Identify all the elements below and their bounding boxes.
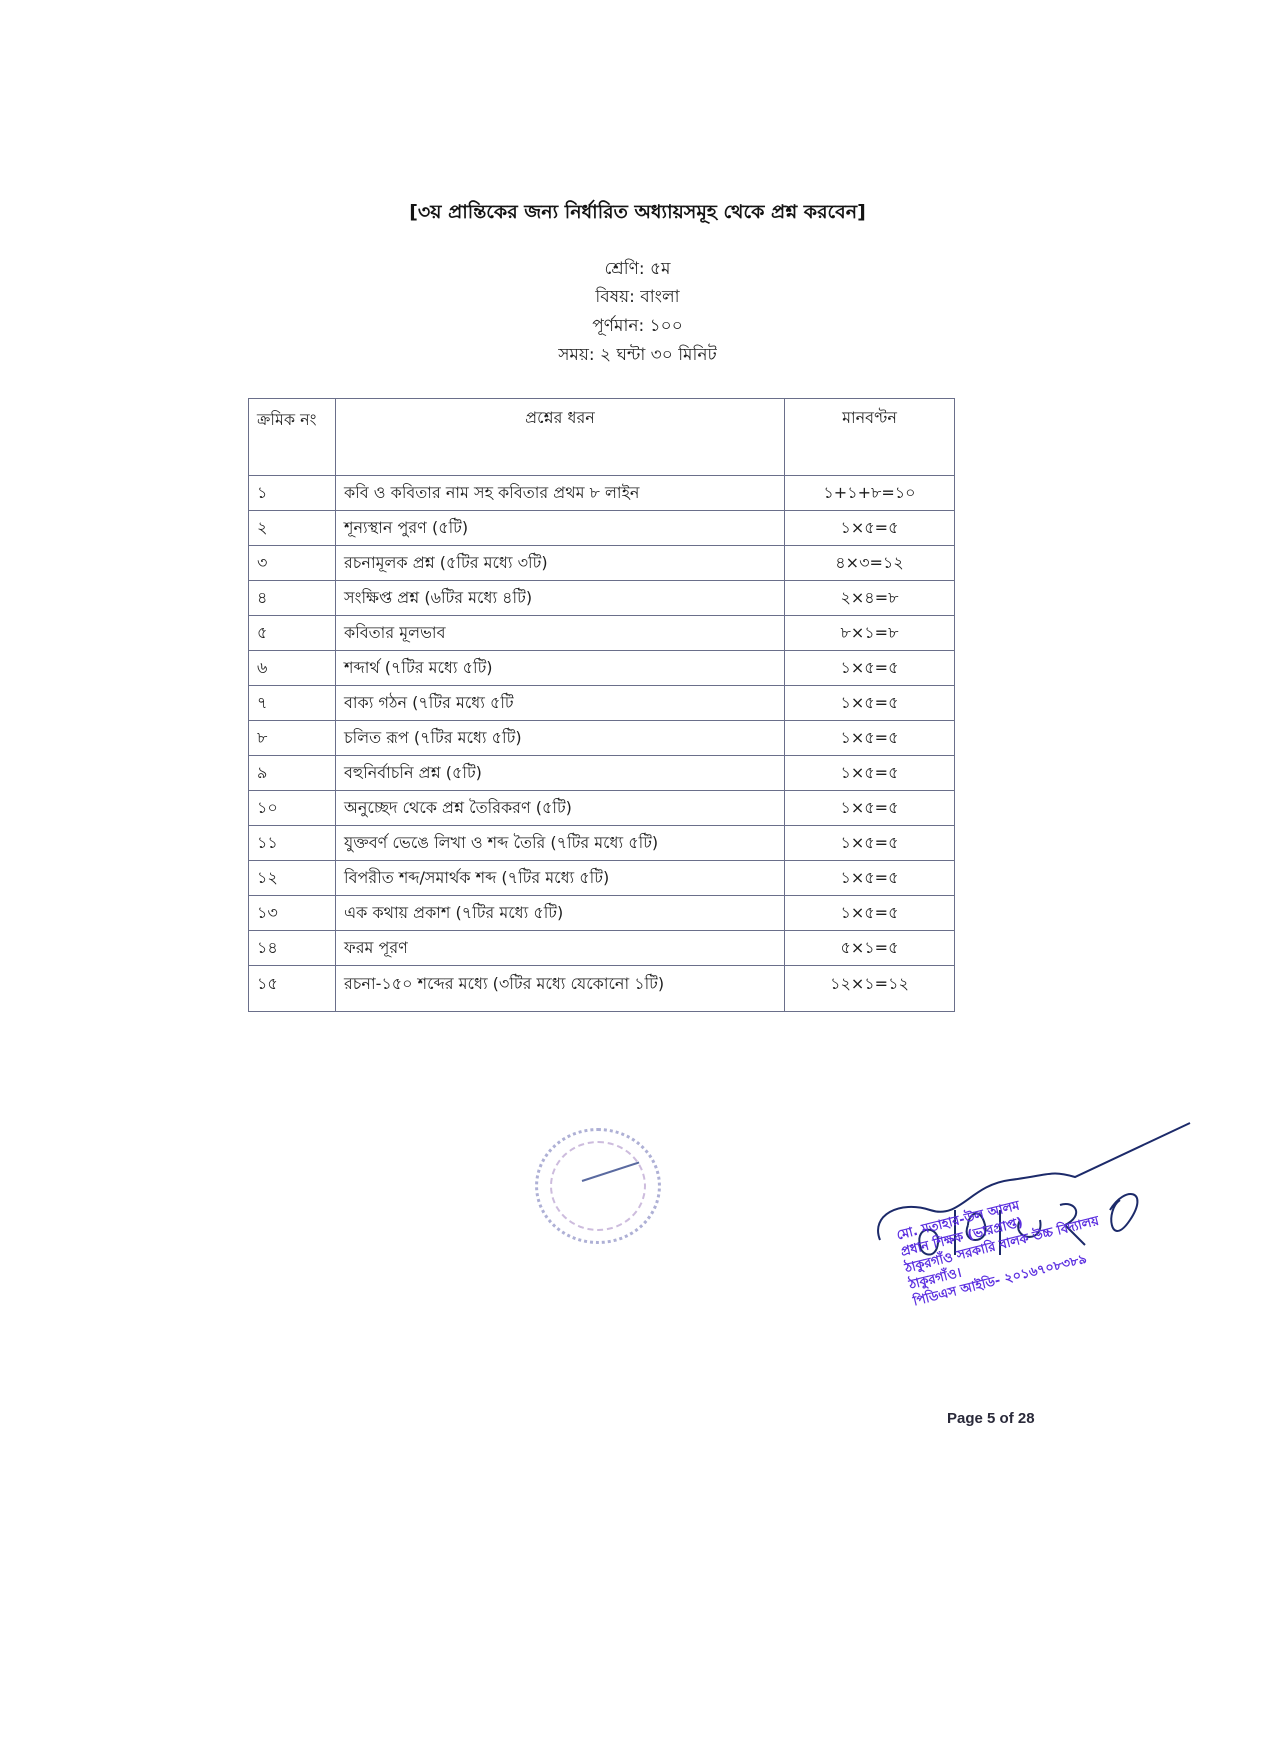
time-line: সময়: ২ ঘন্টা ৩০ মিনিট	[0, 342, 1275, 370]
marks-cell: ১×৫=৫	[785, 896, 955, 931]
table-row: ১৪ফরম পূরণ৫×১=৫	[249, 931, 955, 966]
question-type-cell: শব্দার্থ (৭টির মধ্যে ৫টি)	[336, 651, 785, 686]
table-body: ১কবি ও কবিতার নাম সহ কবিতার প্রথম ৮ লাইন…	[249, 476, 955, 1012]
serial-cell: ১১	[249, 826, 336, 861]
header-marks: মানবণ্টন	[785, 399, 955, 476]
serial-cell: ১২	[249, 861, 336, 896]
table-row: ১৩এক কথায় প্রকাশ (৭টির মধ্যে ৫টি)১×৫=৫	[249, 896, 955, 931]
marks-cell: ১+১+৮=১০	[785, 476, 955, 511]
question-type-cell: বহুনির্বাচনি প্রশ্ন (৫টি)	[336, 756, 785, 791]
table-row: ১৫রচনা-১৫০ শব্দের মধ্যে (৩টির মধ্যে যেকো…	[249, 966, 955, 1012]
school-seal	[535, 1128, 661, 1244]
question-type-cell: কবিতার মূলভাব	[336, 616, 785, 651]
table-row: ১১যুক্তবর্ণ ভেঙে লিখা ও শব্দ তৈরি (৭টির …	[249, 826, 955, 861]
question-type-cell: এক কথায় প্রকাশ (৭টির মধ্যে ৫টি)	[336, 896, 785, 931]
question-type-cell: শূন্যস্থান পুরণ (৫টি)	[336, 511, 785, 546]
question-type-cell: ফরম পূরণ	[336, 931, 785, 966]
table-header-row: ক্রমিক নং প্রশ্নের ধরন মানবণ্টন	[249, 399, 955, 476]
serial-cell: ৬	[249, 651, 336, 686]
serial-cell: ১৪	[249, 931, 336, 966]
serial-cell: ৯	[249, 756, 336, 791]
question-type-cell: যুক্তবর্ণ ভেঙে লিখা ও শব্দ তৈরি (৭টির মধ…	[336, 826, 785, 861]
document-heading: [৩য় প্রান্তিকের জন্য নির্ধারিত অধ্যায়স…	[0, 198, 1275, 230]
serial-cell: ৪	[249, 581, 336, 616]
question-type-cell: অনুচ্ছেদ থেকে প্রশ্ন তৈরিকরণ (৫টি)	[336, 791, 785, 826]
question-type-cell: রচনা-১৫০ শব্দের মধ্যে (৩টির মধ্যে যেকোনো…	[336, 966, 785, 1012]
marks-cell: ১×৫=৫	[785, 651, 955, 686]
table-row: ৩রচনামূলক প্রশ্ন (৫টির মধ্যে ৩টি)৪×৩=১২	[249, 546, 955, 581]
marks-cell: ১×৫=৫	[785, 791, 955, 826]
serial-cell: ১৩	[249, 896, 336, 931]
class-line: শ্রেণি: ৫ম	[0, 256, 1275, 284]
table-row: ৪সংক্ষিপ্ত প্রশ্ন (৬টির মধ্যে ৪টি)২×৪=৮	[249, 581, 955, 616]
marks-cell: ৮×১=৮	[785, 616, 955, 651]
marks-distribution-table: ক্রমিক নং প্রশ্নের ধরন মানবণ্টন ১কবি ও ক…	[248, 398, 955, 1012]
table-row: ১২বিপরীত শব্দ/সমার্থক শব্দ (৭টির মধ্যে ৫…	[249, 861, 955, 896]
marks-cell: ১×৫=৫	[785, 686, 955, 721]
table-row: ১কবি ও কবিতার নাম সহ কবিতার প্রথম ৮ লাইন…	[249, 476, 955, 511]
marks-cell: ১×৫=৫	[785, 756, 955, 791]
marks-cell: ৪×৩=১২	[785, 546, 955, 581]
table-row: ৫কবিতার মূলভাব৮×১=৮	[249, 616, 955, 651]
marks-cell: ১২×১=১২	[785, 966, 955, 1012]
serial-cell: ১	[249, 476, 336, 511]
header-serial: ক্রমিক নং	[249, 399, 336, 476]
marks-cell: ১×৫=৫	[785, 511, 955, 546]
serial-cell: ১৫	[249, 966, 336, 1012]
marks-cell: ২×৪=৮	[785, 581, 955, 616]
table-row: ১০অনুচ্ছেদ থেকে প্রশ্ন তৈরিকরণ (৫টি)১×৫=…	[249, 791, 955, 826]
subject-line: বিষয়: বাংলা	[0, 284, 1275, 312]
table-row: ৬শব্দার্থ (৭টির মধ্যে ৫টি)১×৫=৫	[249, 651, 955, 686]
question-type-cell: সংক্ষিপ্ত প্রশ্ন (৬টির মধ্যে ৪টি)	[336, 581, 785, 616]
page-number: Page 5 of 28	[947, 1410, 1035, 1427]
marks-cell: ৫×১=৫	[785, 931, 955, 966]
question-type-cell: বাক্য গঠন (৭টির মধ্যে ৫টি	[336, 686, 785, 721]
question-type-cell: বিপরীত শব্দ/সমার্থক শব্দ (৭টির মধ্যে ৫টি…	[336, 861, 785, 896]
table-row: ৮চলিত রূপ (৭টির মধ্যে ৫টি)১×৫=৫	[249, 721, 955, 756]
serial-cell: ৭	[249, 686, 336, 721]
full-marks-line: পূর্ণমান: ১০০	[0, 313, 1275, 341]
marks-cell: ১×৫=৫	[785, 861, 955, 896]
table-row: ৯বহুনির্বাচনি প্রশ্ন (৫টি)১×৫=৫	[249, 756, 955, 791]
marks-cell: ১×৫=৫	[785, 721, 955, 756]
table-row: ২শূন্যস্থান পুরণ (৫টি)১×৫=৫	[249, 511, 955, 546]
serial-cell: ৩	[249, 546, 336, 581]
serial-cell: ৮	[249, 721, 336, 756]
serial-cell: ৫	[249, 616, 336, 651]
serial-cell: ২	[249, 511, 336, 546]
header-question-type: প্রশ্নের ধরন	[336, 399, 785, 476]
question-type-cell: রচনামূলক প্রশ্ন (৫টির মধ্যে ৩টি)	[336, 546, 785, 581]
serial-cell: ১০	[249, 791, 336, 826]
table-row: ৭বাক্য গঠন (৭টির মধ্যে ৫টি১×৫=৫	[249, 686, 955, 721]
question-type-cell: চলিত রূপ (৭টির মধ্যে ৫টি)	[336, 721, 785, 756]
marks-cell: ১×৫=৫	[785, 826, 955, 861]
question-type-cell: কবি ও কবিতার নাম সহ কবিতার প্রথম ৮ লাইন	[336, 476, 785, 511]
